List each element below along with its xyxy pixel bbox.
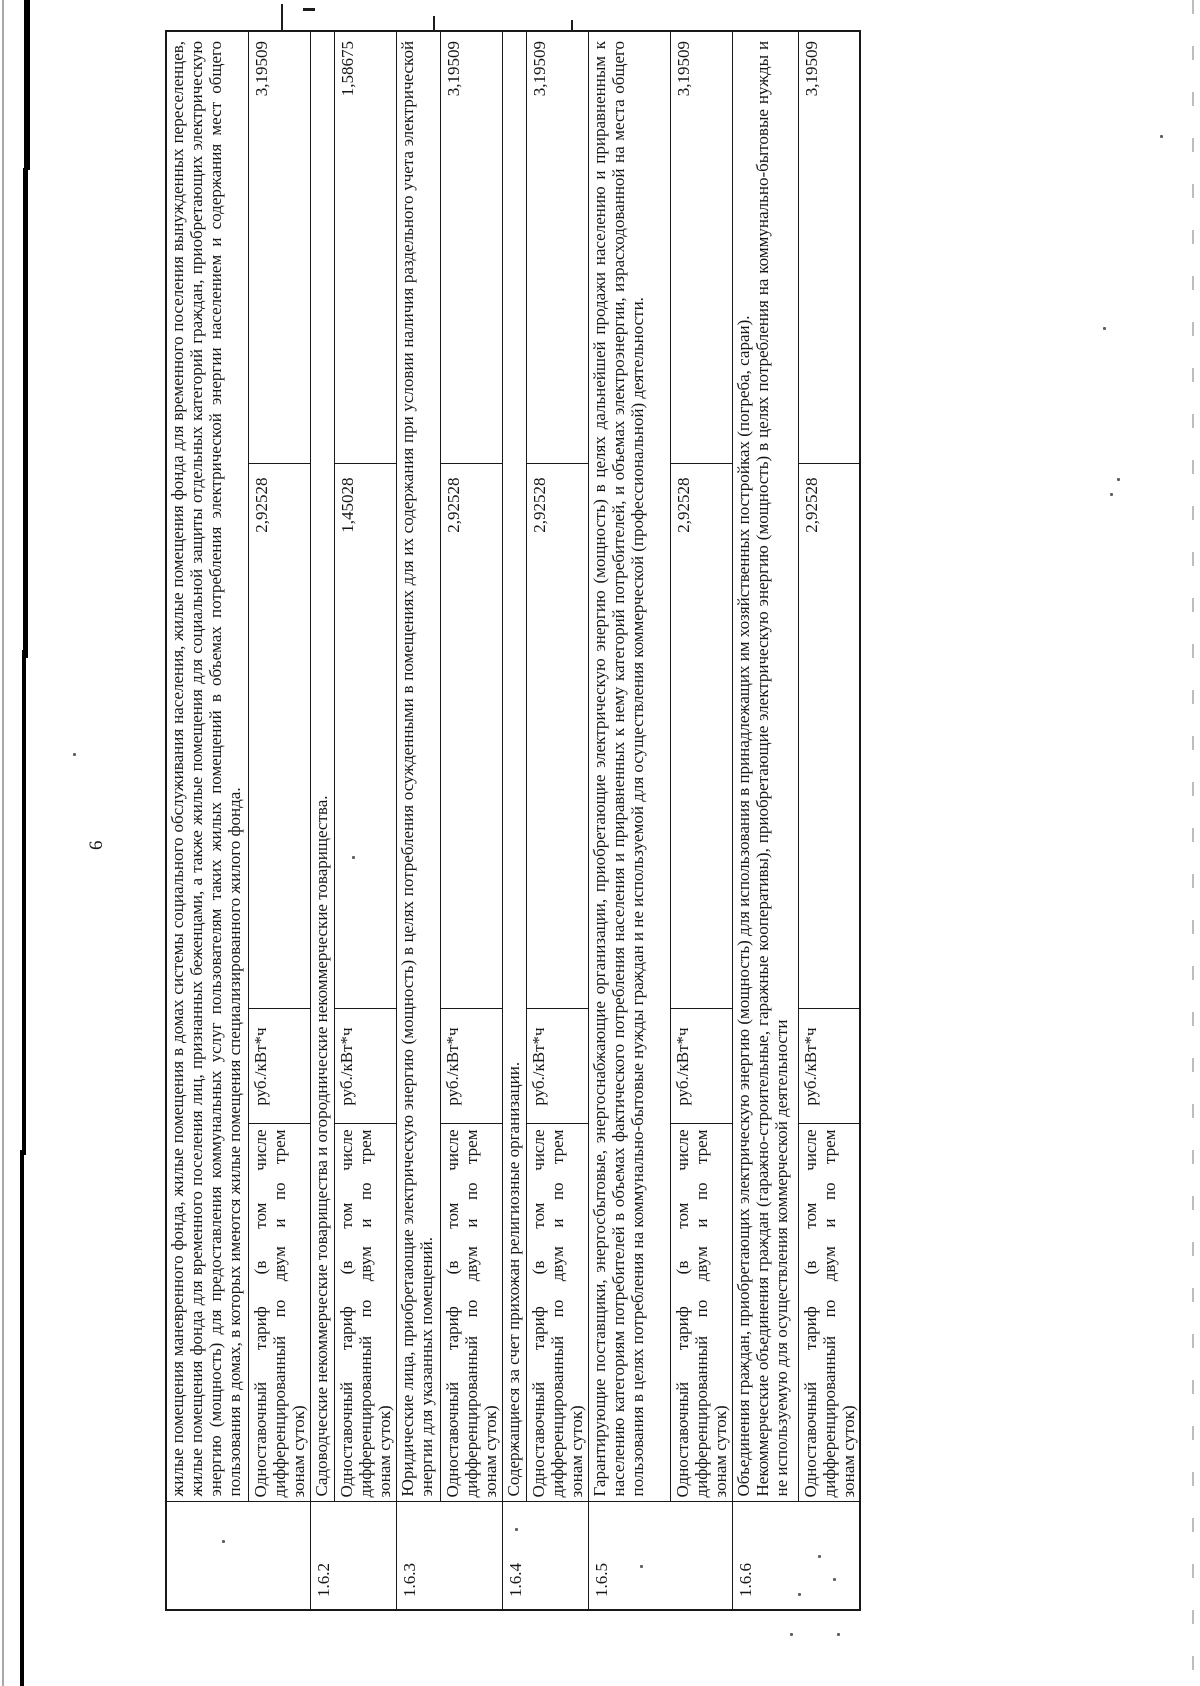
- scan-speck: [352, 856, 355, 859]
- tariff-name-line: зонам суток): [481, 1130, 500, 1498]
- category-description-text: жилые помещения маневренного фонда, жилы…: [168, 41, 244, 1497]
- row-number-cell: [166, 1502, 310, 1610]
- row-number-cell: 1.6.2: [310, 1502, 396, 1610]
- tariff-row: Одноставочный тариф (в том числе диффере…: [440, 31, 502, 1610]
- unit-cell: руб./кВт*ч: [248, 1009, 310, 1124]
- scan-edge-artifact: [22, 650, 26, 1155]
- scan-edge-line: [2, 0, 4, 1686]
- value-first-half-cell: 2,92528: [248, 464, 310, 1009]
- tariff-table: жилые помещения маневренного фонда, жилы…: [165, 30, 861, 1611]
- tariff-name-line: Одноставочный тариф (в том числе: [251, 1130, 270, 1498]
- unit-cell: руб./кВт*ч: [440, 1009, 502, 1124]
- category-header-row: 1.6.2 Садоводческие некоммерческие товар…: [310, 31, 334, 1610]
- tariff-name-line: дифференцированный по двум и по трем: [548, 1130, 567, 1498]
- scan-speck: [798, 1593, 801, 1596]
- category-header-row: 1.6.5 Гарантирующие поставщики, энергосб…: [588, 31, 670, 1610]
- tariff-name-cell: Одноставочный тариф (в том числе диффере…: [526, 1124, 588, 1502]
- tariff-name-cell: Одноставочный тариф (в том числе диффере…: [248, 1124, 310, 1502]
- tariff-name-cell: Одноставочный тариф (в том числе диффере…: [798, 1124, 860, 1502]
- tariff-name-line: Одноставочный тариф (в том числе: [337, 1130, 356, 1498]
- tariff-name-line: зонам суток): [711, 1130, 730, 1498]
- tariff-name-line: зонам суток): [289, 1130, 308, 1498]
- tariff-name-line: дифференцированный по двум и по трем: [462, 1130, 481, 1498]
- value-second-half-cell: 3,19509: [248, 31, 310, 464]
- value-second-half-cell: 3,19509: [670, 31, 732, 464]
- category-description-cell: Содержащиеся за счет прихожан религиозны…: [502, 31, 526, 1502]
- value-first-half-cell: 2,92528: [670, 464, 732, 1009]
- tariff-row: Одноставочный тариф (в том числе диффере…: [670, 31, 732, 1610]
- category-description-cell: жилые помещения маневренного фонда, жилы…: [166, 31, 248, 1502]
- scan-speck: [640, 1565, 643, 1568]
- tariff-name-line: зонам суток): [375, 1130, 394, 1498]
- value-first-half-cell: 2,92528: [440, 464, 502, 1009]
- tariff-name-cell: Одноставочный тариф (в том числе диффере…: [334, 1124, 396, 1502]
- value-first-half-cell: 2,92528: [798, 464, 860, 1009]
- row-number-cell: 1.6.3: [396, 1502, 502, 1610]
- tariff-name-cell: Одноставочный тариф (в том числе диффере…: [440, 1124, 502, 1502]
- tariff-row: Одноставочный тариф (в том числе диффере…: [334, 31, 396, 1610]
- value-second-half-cell: 3,19509: [440, 31, 502, 464]
- tariff-name-line: зонам суток): [567, 1130, 586, 1498]
- category-header-row: жилые помещения маневренного фонда, жилы…: [166, 31, 248, 1610]
- scan-speck: [222, 1540, 225, 1543]
- scan-edge-artifact: [24, 0, 30, 170]
- category-description-text: Объединения граждан, приобретающих элект…: [734, 41, 753, 1497]
- scan-speck: [73, 753, 76, 756]
- tariff-name-line: зонам суток): [839, 1130, 858, 1498]
- cut-table-border-tick: [571, 20, 573, 32]
- scan-speck: [1117, 478, 1120, 481]
- scan-speck: [833, 1578, 836, 1581]
- cut-table-border-tick: [303, 8, 315, 11]
- category-description-text: Гарантирующие поставщики, энергосбытовые…: [590, 41, 647, 1497]
- tariff-name-line: Одноставочный тариф (в том числе: [443, 1130, 462, 1498]
- tariff-row: Одноставочный тариф (в том числе диффере…: [526, 31, 588, 1610]
- scan-speck: [1160, 135, 1163, 138]
- value-second-half-cell: 3,19509: [798, 31, 860, 464]
- tariff-name-line: Одноставочный тариф (в том числе: [673, 1130, 692, 1498]
- category-description-cell: Гарантирующие поставщики, энергосбытовые…: [588, 31, 670, 1502]
- unit-cell: руб./кВт*ч: [670, 1009, 732, 1124]
- scan-speck: [1110, 493, 1113, 496]
- cut-table-border-tick: [433, 16, 435, 32]
- scan-speck: [837, 1633, 840, 1636]
- cut-table-border-tick: [281, 4, 283, 32]
- category-description-text: Некоммерческие объединения граждан (гара…: [753, 41, 791, 1497]
- scan-edge-artifact: [23, 168, 28, 658]
- category-description-cell: Юридические лица, приобретающие электрич…: [396, 31, 440, 1502]
- category-description-text: Садоводческие некоммерческие товариществ…: [312, 41, 331, 1497]
- unit-cell: руб./кВт*ч: [526, 1009, 588, 1124]
- page-number: 6: [86, 840, 108, 850]
- value-second-half-cell: 3,19509: [526, 31, 588, 464]
- scan-speck: [790, 1633, 793, 1636]
- tariff-name-line: дифференцированный по двум и по трем: [270, 1130, 289, 1498]
- tariff-row: Одноставочный тариф (в том числе диффере…: [248, 31, 310, 1610]
- tariff-name-cell: Одноставочный тариф (в том числе диффере…: [670, 1124, 732, 1502]
- tariff-name-line: дифференцированный по двум и по трем: [356, 1130, 375, 1498]
- category-description-cell: Садоводческие некоммерческие товариществ…: [310, 31, 334, 1502]
- tariff-row: Одноставочный тариф (в том числе диффере…: [798, 31, 860, 1610]
- unit-cell: руб./кВт*ч: [798, 1009, 860, 1124]
- scan-speck: [515, 1528, 518, 1531]
- row-number-cell: 1.6.5: [588, 1502, 732, 1610]
- value-first-half-cell: 1,45028: [334, 464, 396, 1009]
- scan-speck: [1103, 327, 1106, 330]
- category-header-row: 1.6.6 Объединения граждан, приобретающих…: [732, 31, 798, 1610]
- category-description-text: Содержащиеся за счет прихожан религиозны…: [504, 41, 523, 1497]
- document-page: 6 жилые помещения маневренного фонда, жи…: [0, 0, 1200, 1686]
- tariff-name-line: дифференцированный по двум и по трем: [820, 1130, 839, 1498]
- row-number-cell: 1.6.6: [732, 1502, 860, 1610]
- tariff-name-line: дифференцированный по двум и по трем: [692, 1130, 711, 1498]
- scan-edge-dashed-line: [1192, 0, 1194, 1686]
- scan-speck: [818, 1555, 821, 1558]
- category-header-row: 1.6.3 Юридические лица, приобретающие эл…: [396, 31, 440, 1610]
- tariff-name-line: Одноставочный тариф (в том числе: [801, 1130, 820, 1498]
- tariff-name-line: Одноставочный тариф (в том числе: [529, 1130, 548, 1498]
- category-header-row: 1.6.4 Содержащиеся за счет прихожан рели…: [502, 31, 526, 1610]
- scanned-document-page: { "page": { "number": "6" }, "table": { …: [0, 0, 1200, 1686]
- category-description-cell: Объединения граждан, приобретающих элект…: [732, 31, 798, 1502]
- unit-cell: руб./кВт*ч: [334, 1009, 396, 1124]
- value-second-half-cell: 1,58675: [334, 31, 396, 464]
- category-description-text: Юридические лица, приобретающие электрич…: [398, 41, 436, 1497]
- value-first-half-cell: 2,92528: [526, 464, 588, 1009]
- scan-edge-artifact: [20, 1150, 24, 1686]
- row-number-cell: 1.6.4: [502, 1502, 588, 1610]
